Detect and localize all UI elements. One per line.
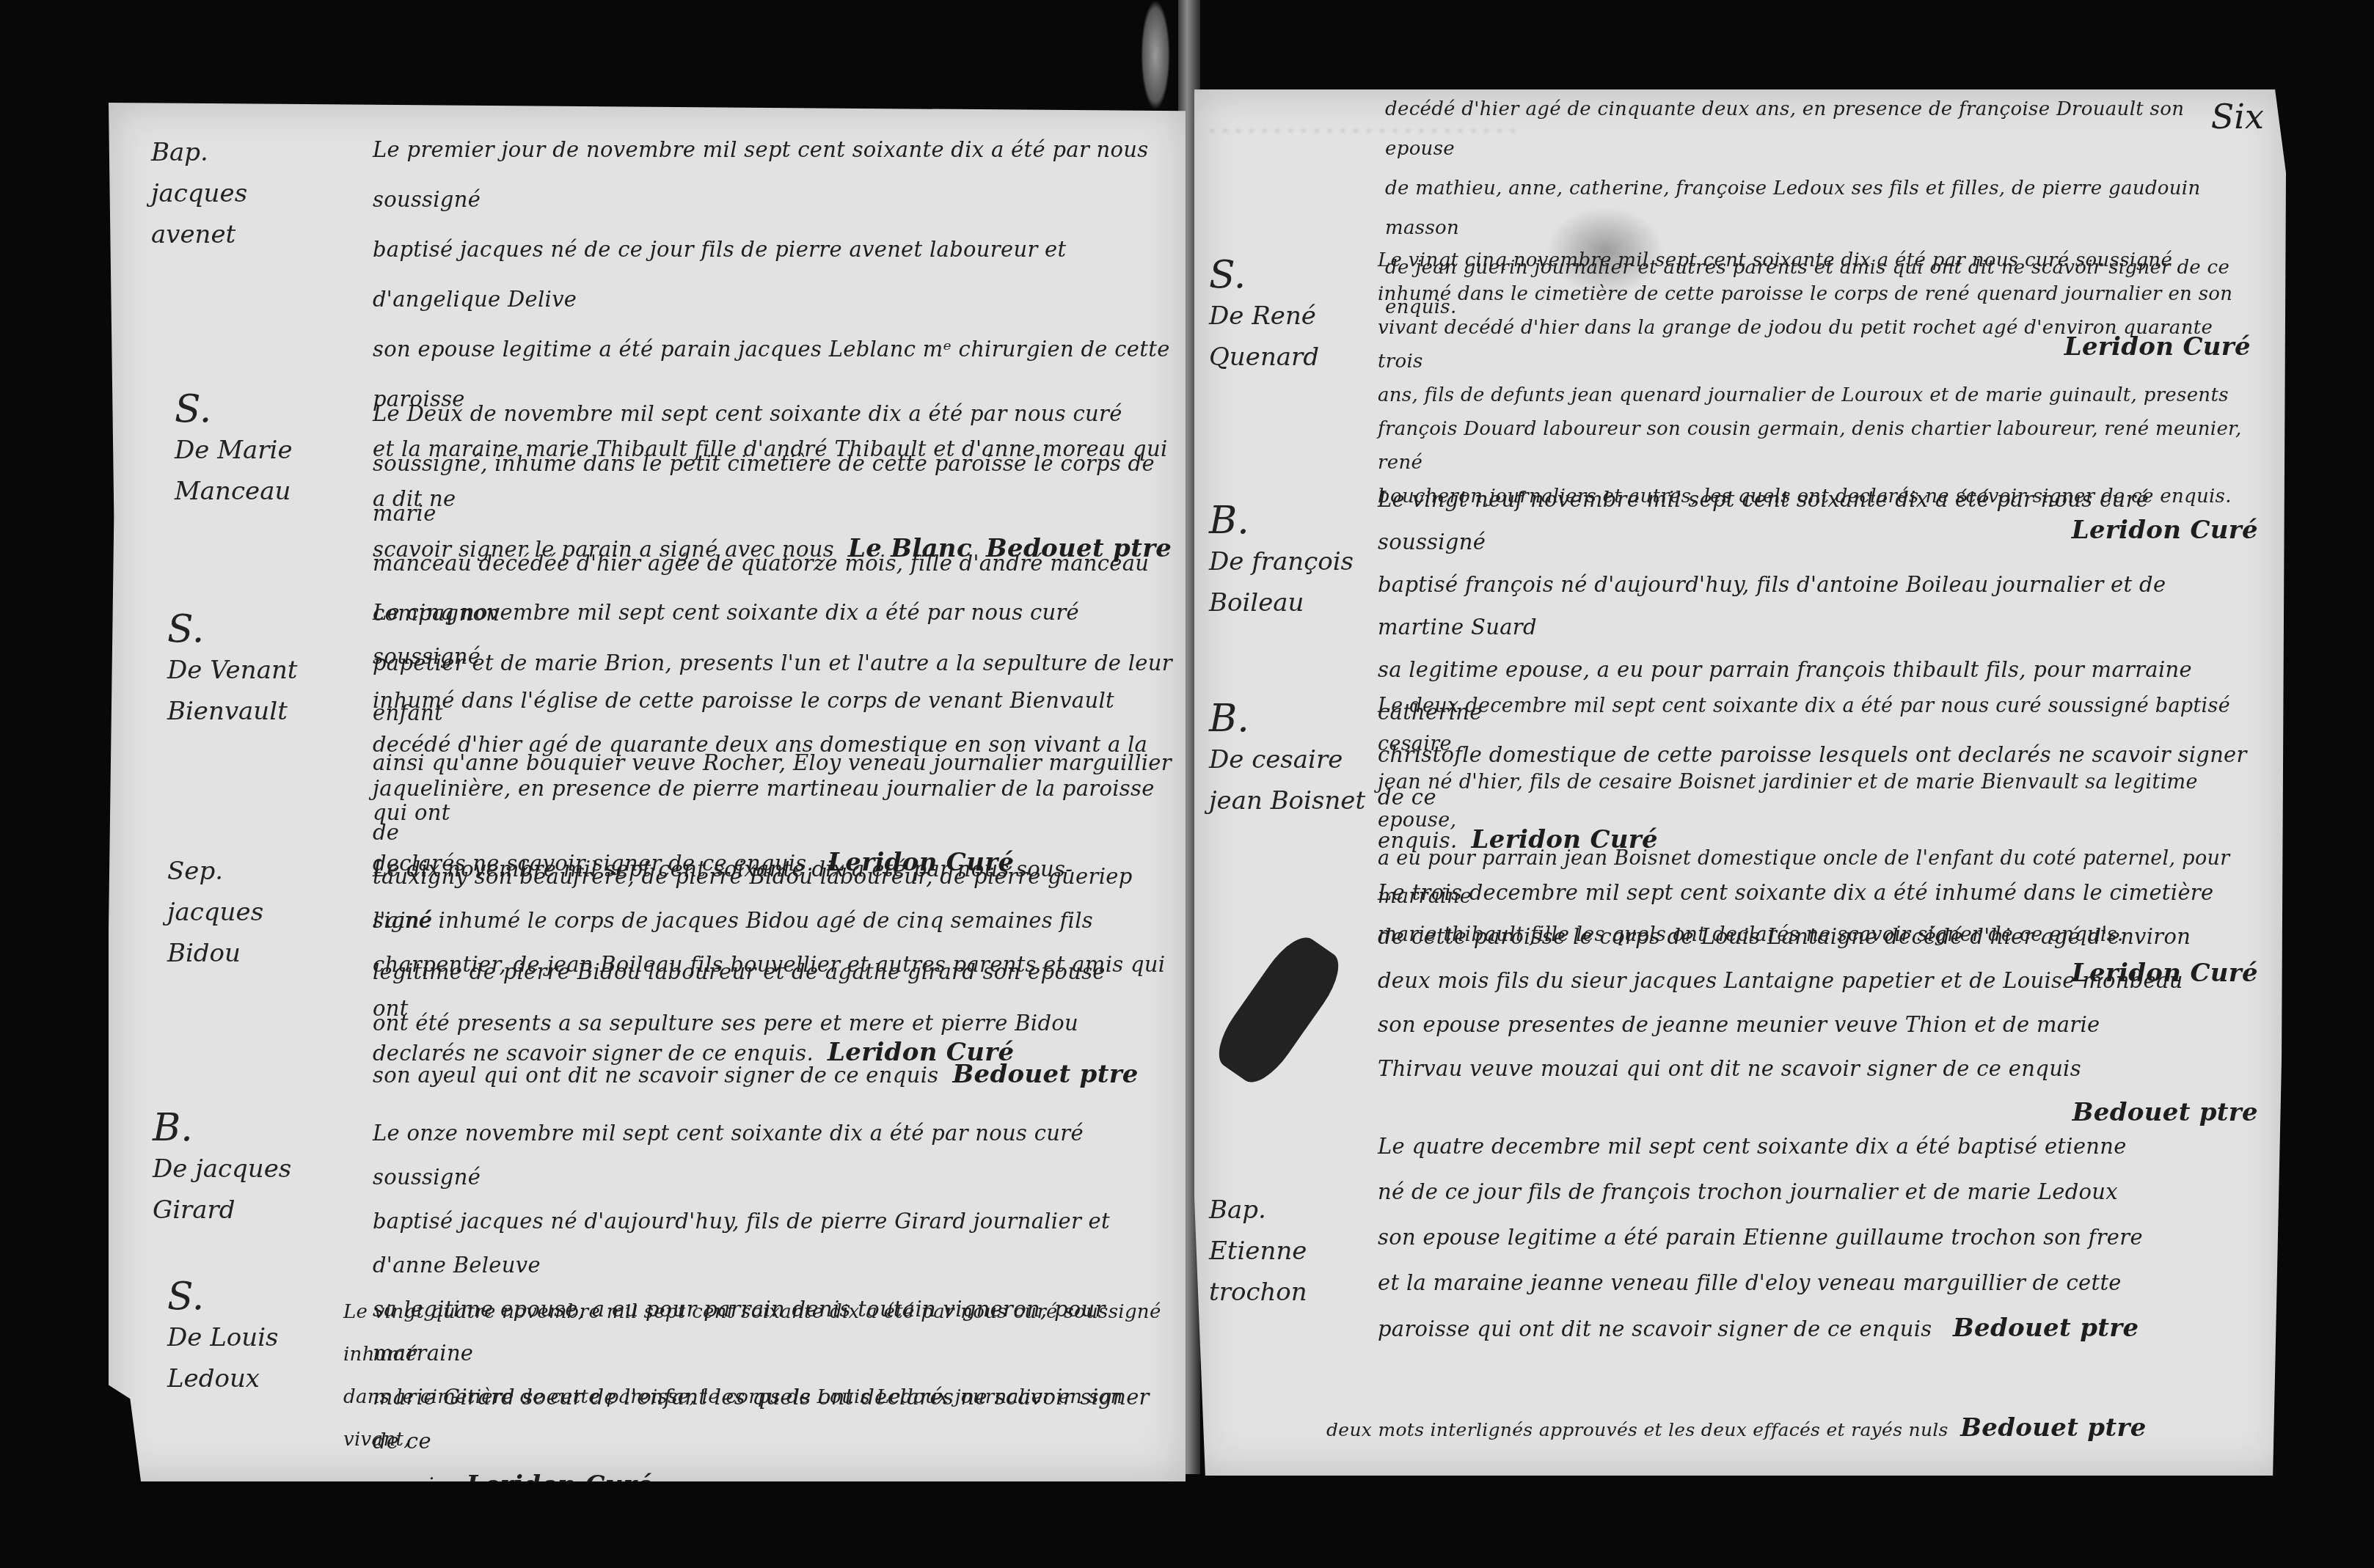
margin-surname: avenet (151, 214, 247, 255)
margin-note-burial-rene-quenard: S. De René Quenard (1209, 254, 1319, 378)
signature: Bedouet ptre (1953, 1314, 2139, 1343)
margin-note-baptism-cesaire-jean-boisnet: B. De cesaire jean Boisnet (1209, 698, 1365, 821)
margin-name: jacques (151, 173, 247, 214)
margin-note-baptism-etienne-trochon: Bap. Etienne trochon (1209, 1190, 1307, 1313)
register-entry: Le quatre decembre mil sept cent soixant… (1378, 1124, 2258, 1352)
register-entry: Le dix novembre mil sept cent soixante d… (373, 843, 1172, 1101)
entry-line: baptisé jacques né de ce jour fils de pi… (373, 224, 1172, 324)
margin-note-burial-jacques-bidou: Sep. jacques Bidou (167, 851, 263, 974)
register-entry: Le vingt quatre novembre mil sept cent s… (343, 1291, 1172, 1461)
footer-approval-note: deux mots interlignés approuvés et les d… (1326, 1410, 2207, 1448)
margin-note-burial-louis-ledoux: S. De Louis Ledoux (167, 1276, 278, 1399)
left-page: Bap. jacques avenet Le premier jour de n… (109, 103, 1186, 1481)
register-entry: Le trois decembre mil sept cent soixante… (1378, 871, 2258, 1135)
margin-code: Bap. (151, 132, 247, 173)
signature: Leridon Curé (467, 1470, 653, 1500)
margin-note-baptism-jacques-girard: B. De jacques Girard (153, 1107, 291, 1231)
margin-note-baptism-francois-boileau: B. De françois Boileau (1209, 500, 1354, 623)
entry-line: Le premier jour de novembre mil sept cen… (373, 125, 1172, 224)
right-page: Six · · · · · · · · · · · · · · · · · · … (1194, 89, 2286, 1476)
margin-note-burial-marie-manceau: S. De Marie Manceau (175, 389, 293, 512)
ink-blot (1208, 928, 1350, 1092)
signature: Bedouet ptre (1960, 1413, 2146, 1443)
margin-note-burial-venant-bienvault: S. De Venant Bienvault (167, 609, 297, 732)
signature: Bedouet ptre (952, 1060, 1138, 1089)
margin-note-baptism-jacques-avenet: Bap. jacques avenet (151, 132, 247, 255)
binding-cord (1141, 0, 1170, 110)
